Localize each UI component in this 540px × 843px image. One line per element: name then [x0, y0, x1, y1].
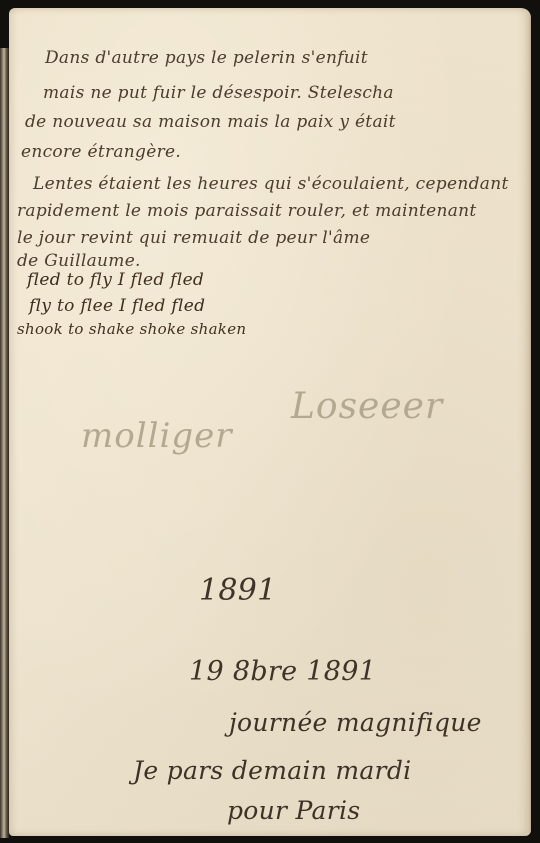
- vocab-participle: shaken: [191, 320, 247, 338]
- scan-frame: Dans d'autre pays le pelerin s'enfuit ma…: [0, 0, 540, 843]
- vocab-past: I fled: [119, 296, 166, 316]
- paragraph-line-1: Dans d'autre pays le pelerin s'enfuit: [45, 48, 368, 68]
- closing-line-3: pour Paris: [227, 796, 360, 825]
- vocab-past: shoke: [140, 320, 186, 338]
- paragraph-line-5: Lentes étaient les heures qui s'écoulaie…: [33, 174, 509, 194]
- notebook-page: Dans d'autre pays le pelerin s'enfuit ma…: [9, 8, 531, 836]
- vocab-participle: fled: [171, 296, 205, 316]
- paragraph-line-3: de nouveau sa maison mais la paix y étai…: [25, 112, 396, 132]
- vocab-infinitive: to shake: [68, 320, 135, 338]
- page-edge: [525, 8, 531, 836]
- date-line: 19 8bre 1891: [189, 656, 376, 687]
- closing-line-1: journée magnifique: [229, 708, 482, 737]
- vocab-infinitive: to fly: [67, 270, 113, 290]
- binding-spine: [0, 48, 9, 838]
- vocab-row-1: fled to fly I fled fled: [27, 270, 204, 290]
- paragraph-line-6: rapidement le mois paraissait rouler, et…: [17, 201, 477, 221]
- vocab-participle: fled: [170, 270, 204, 290]
- vocab-past: I fled: [118, 270, 165, 290]
- year-heading: 1891: [199, 573, 277, 608]
- paragraph-line-2: mais ne put fuir le désespoir. Stelescha: [43, 83, 394, 103]
- paragraph-line-7: le jour revint qui remuait de peur l'âme: [17, 228, 370, 248]
- vocab-word: shook: [17, 320, 63, 338]
- pencil-signature-right: Loseeer: [291, 386, 443, 427]
- vocab-word: fled: [27, 270, 61, 290]
- paragraph-line-8: de Guillaume.: [17, 251, 141, 271]
- pencil-signature-left: molliger: [81, 416, 232, 456]
- vocab-word: fly: [29, 296, 51, 316]
- vocab-row-3: shook to shake shoke shaken: [17, 320, 246, 338]
- vocab-row-2: fly to flee I fled fled: [29, 296, 205, 316]
- closing-line-2: Je pars demain mardi: [133, 756, 411, 785]
- vocab-infinitive: to flee: [57, 296, 113, 316]
- paragraph-line-4: encore étrangère.: [21, 142, 181, 162]
